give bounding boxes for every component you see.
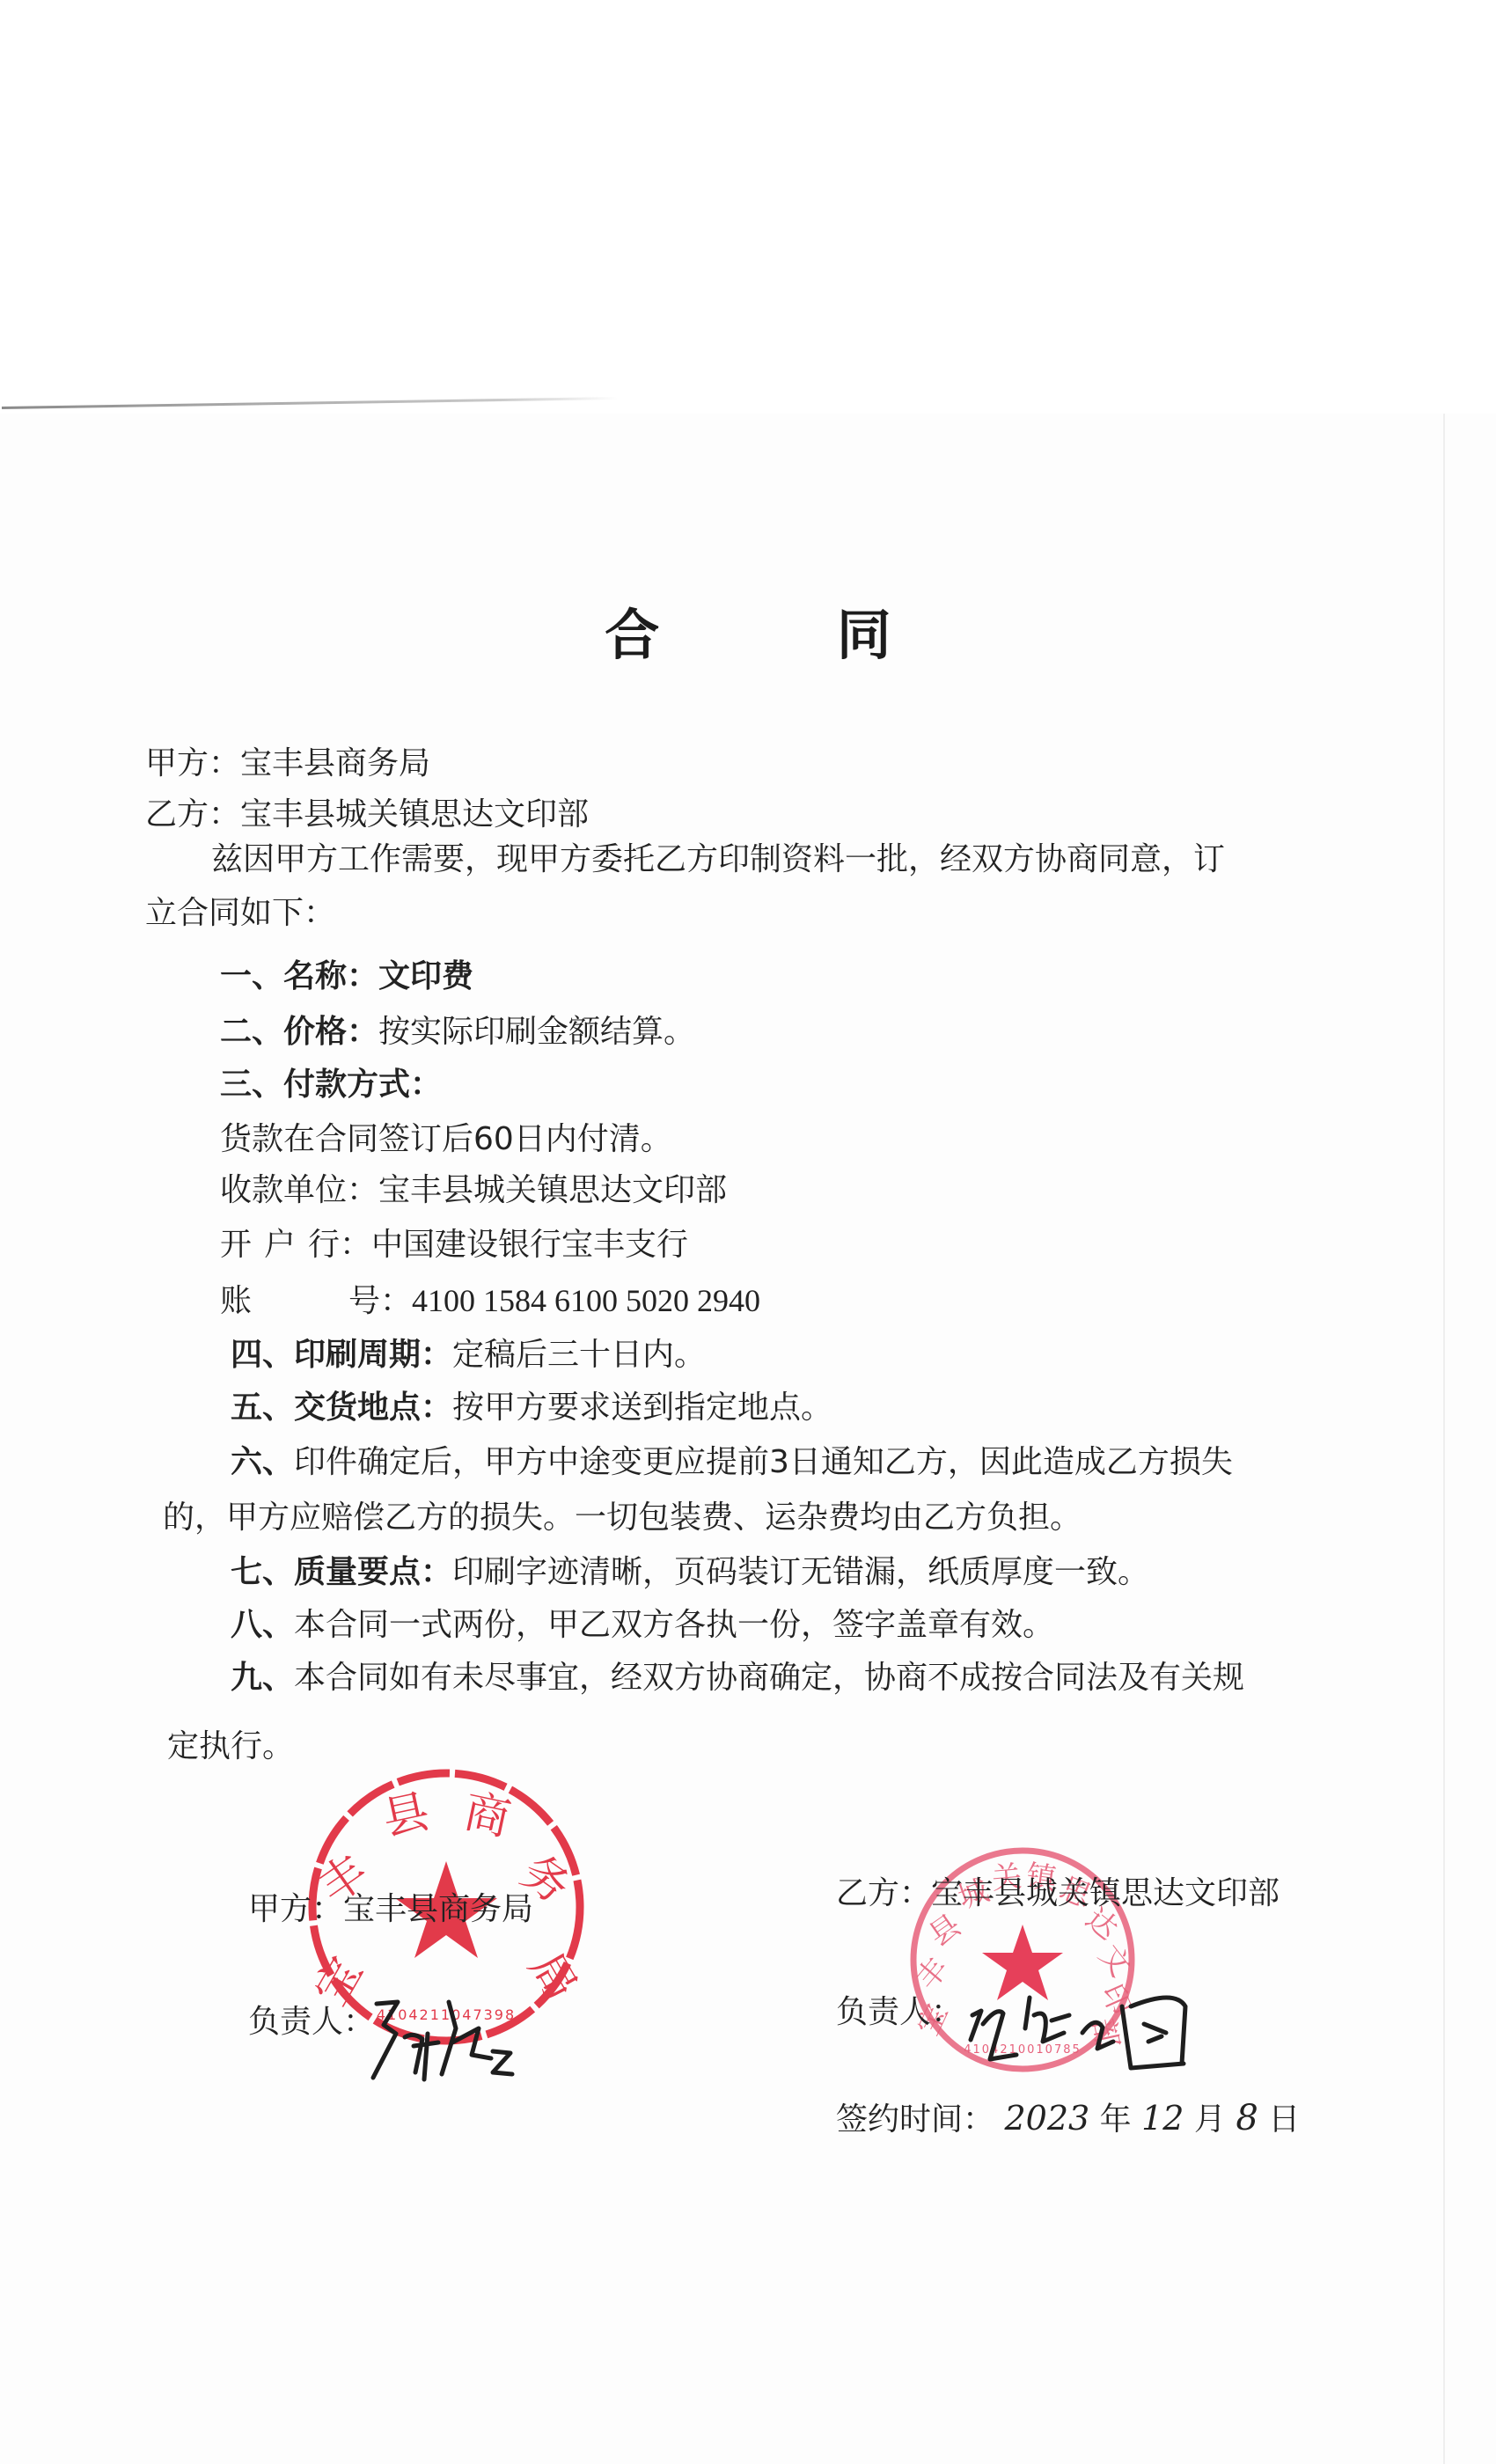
party-a-line: 甲方：宝丰县商务局: [145, 744, 430, 783]
clause-5: 五、交货地点：按甲方要求送到指定地点。: [231, 1389, 832, 1427]
account-line: 账号：4100 1584 6100 5020 2940: [220, 1281, 760, 1321]
payment-terms: 货款在合同签订后60日内付清。: [220, 1120, 672, 1159]
clause-5-body: 按甲方要求送到指定地点。: [452, 1390, 832, 1426]
intro-line-2: 立合同如下：: [145, 894, 335, 933]
sign-party-b: 乙方：宝丰县城关镇思达文印部: [836, 1874, 1280, 1913]
account-number: 4100 1584 6100 5020 2940: [412, 1283, 760, 1318]
clause-9: 九、本合同如有未尽事宜，经双方协商确定，协商不成按合同法及有关规: [231, 1659, 1244, 1698]
party-a-handwritten-signature: [361, 1993, 519, 2090]
signing-day: 8: [1236, 2098, 1258, 2138]
payee-value: 宝丰县城关镇思达文印部: [378, 1172, 727, 1208]
signing-year: 2023: [1004, 2099, 1089, 2138]
svg-text:商: 商: [459, 1786, 515, 1847]
clause-3-head: 三、付款方式：: [220, 1067, 442, 1103]
sign-party-b-rep-label: 负责人：: [836, 1993, 963, 2032]
clause-9-cont: 定执行。: [167, 1727, 294, 1766]
clause-9-body: 本合同如有未尽事宜，经双方协商确定，协商不成按合同法及有关规: [294, 1660, 1244, 1696]
intro-line-1: 兹因甲方工作需要，现甲方委托乙方印制资料一批，经双方协商同意，订: [211, 840, 1225, 879]
sign-party-a: 甲方：宝丰县商务局: [248, 1890, 533, 1929]
clause-2-body: 按实际印刷金额结算。: [378, 1014, 695, 1050]
payee-label: 收款单位：: [220, 1172, 378, 1208]
clause-1-head: 一、名称：: [220, 958, 378, 994]
bank-label-1: 开: [220, 1227, 252, 1263]
signing-date-line: 签约时间： 2023 年 12 月 8 日: [836, 2099, 1300, 2139]
clause-5-head: 五、交货地点：: [231, 1390, 452, 1426]
clause-3: 三、付款方式：: [220, 1066, 442, 1104]
page-right-edge: [1443, 414, 1445, 2464]
day-unit: 日: [1268, 2101, 1300, 2138]
party-b-handwritten-signature: [955, 1971, 1201, 2081]
clause-8: 八、本合同一式两份，甲乙双方各执一份，签字盖章有效。: [231, 1606, 1054, 1645]
clause-6-cont: 的，甲方应赔偿乙方的损失。一切包装费、运杂费均由乙方负担。: [163, 1499, 1082, 1537]
signing-month: 12: [1141, 2099, 1184, 2138]
svg-text:县: 县: [378, 1786, 434, 1847]
clause-6-head: 六、: [231, 1444, 294, 1480]
contract-title: 合 同: [0, 591, 1496, 670]
svg-text:县: 县: [922, 1908, 967, 1954]
clause-6-body: 印件确定后，甲方中途变更应提前3日通知乙方，因此造成乙方损失: [294, 1444, 1233, 1480]
bank-line: 开户行：中国建设银行宝丰支行: [220, 1226, 688, 1265]
bank-label-3: 行：: [308, 1227, 371, 1263]
account-label-1: 账: [220, 1283, 252, 1319]
clause-7: 七、质量要点：印刷字迹清晰，页码装订无错漏，纸质厚度一致。: [231, 1553, 1149, 1592]
party-b-line: 乙方：宝丰县城关镇思达文印部: [145, 796, 589, 834]
clause-7-head: 七、质量要点：: [231, 1554, 452, 1590]
signing-date-label: 签约时间：: [836, 2101, 994, 2138]
account-label-2: 号：: [348, 1283, 412, 1319]
clause-8-head: 八、: [231, 1607, 294, 1643]
svg-text:局: 局: [518, 1944, 587, 2010]
month-unit: 月: [1194, 2101, 1226, 2138]
clause-6: 六、印件确定后，甲方中途变更应提前3日通知乙方，因此造成乙方损失: [231, 1443, 1233, 1482]
clause-2: 二、价格：按实际印刷金额结算。: [220, 1013, 695, 1052]
sign-party-a-rep-label: 负责人：: [248, 2003, 375, 2042]
clause-4-head: 四、印刷周期：: [231, 1337, 452, 1373]
clause-9-head: 九、: [231, 1660, 294, 1696]
clause-8-body: 本合同一式两份，甲乙双方各执一份，签字盖章有效。: [294, 1607, 1054, 1643]
year-unit: 年: [1100, 2101, 1132, 2138]
clause-4: 四、印刷周期：定稿后三十日内。: [231, 1336, 706, 1375]
bank-value: 中国建设银行宝丰支行: [371, 1227, 688, 1263]
clause-1: 一、名称：文印费: [220, 957, 473, 996]
clause-7-body: 印刷字迹清晰，页码装订无错漏，纸质厚度一致。: [452, 1554, 1149, 1590]
payee-line: 收款单位：宝丰县城关镇思达文印部: [220, 1171, 727, 1210]
bank-label-2: 户: [264, 1227, 296, 1263]
scan-background: [0, 0, 1496, 414]
clause-1-body: 文印费: [378, 958, 473, 994]
clause-4-body: 定稿后三十日内。: [452, 1337, 706, 1373]
clause-2-head: 二、价格：: [220, 1014, 378, 1050]
